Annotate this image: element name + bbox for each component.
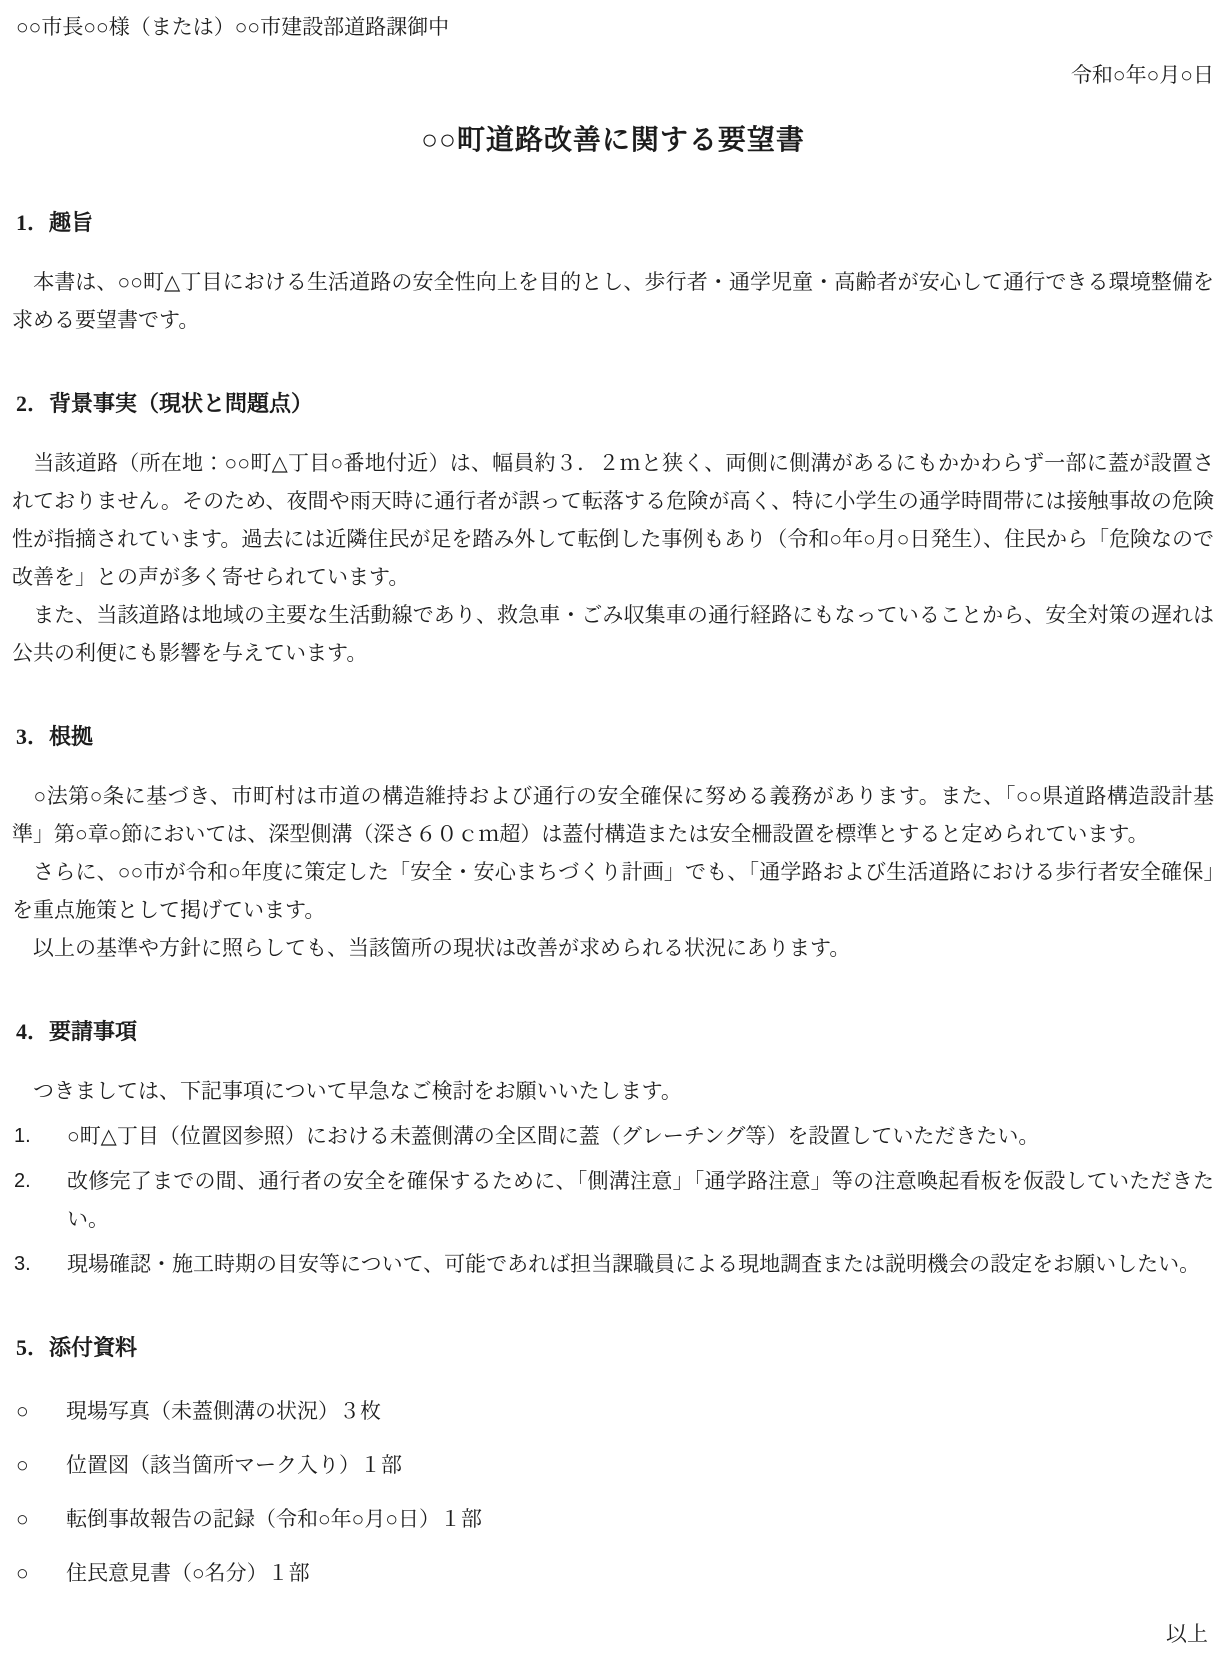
list-number: 2. [12, 1162, 67, 1200]
section-heading-konkyo: 3．根拠 [16, 720, 1214, 751]
list-item: ○ 転倒事故報告の記録（令和○年○月○日）１部 [12, 1504, 1214, 1534]
document-title: ○○町道路改善に関する要望書 [12, 118, 1214, 158]
list-item-text: 改修完了までの間、通行者の安全を確保するために、「側溝注意」「通学路注意」等の注… [67, 1162, 1214, 1238]
list-item: ○ 現場写真（未蓋側溝の状況）３枚 [12, 1396, 1214, 1426]
attachment-text: 転倒事故報告の記録（令和○年○月○日）１部 [66, 1504, 1214, 1534]
paragraph-background-2: また、当該道路は地域の主要な生活動線であり、救急車・ごみ収集車の通行経路にもなっ… [12, 596, 1214, 672]
paragraph-request-intro: つきましては、下記事項について早急なご検討をお願いいたします。 [12, 1072, 1214, 1110]
circle-bullet: ○ [12, 1396, 66, 1426]
paragraph-purpose: 本書は、○○町△丁目における生活道路の安全性向上を目的とし、歩行者・通学児童・高… [12, 263, 1214, 339]
list-item-text: ○町△丁目（位置図参照）における未蓋側溝の全区間に蓋（グレーチング等）を設置して… [67, 1117, 1214, 1155]
date-line: 令和○年○月○日 [12, 60, 1214, 90]
list-item-text: 現場確認・施工時期の目安等について、可能であれば担当課職員による現地調査または説… [67, 1245, 1214, 1283]
section-heading-tenpu: 5．添付資料 [16, 1331, 1214, 1362]
attachments-list: ○ 現場写真（未蓋側溝の状況）３枚 ○ 位置図（該当箇所マーク入り）１部 ○ 転… [12, 1396, 1214, 1588]
document-page: ○○市長○○様（または）○○市建設部道路課御中 令和○年○月○日 ○○町道路改善… [0, 0, 1226, 1656]
circle-bullet: ○ [12, 1558, 66, 1588]
section-heading-haikei: 2．背景事実（現状と問題点） [16, 387, 1214, 418]
list-number: 3. [12, 1245, 67, 1283]
section-heading-shushi: 1．趣旨 [16, 206, 1214, 237]
paragraph-background-1: 当該道路（所在地：○○町△丁目○番地付近）は、幅員約３．２ｍと狭く、両側に側溝が… [12, 444, 1214, 596]
circle-bullet: ○ [12, 1504, 66, 1534]
circle-bullet: ○ [12, 1450, 66, 1480]
recipient-line: ○○市長○○様（または）○○市建設部道路課御中 [12, 12, 1214, 42]
list-item: ○ 住民意見書（○名分）１部 [12, 1558, 1214, 1588]
paragraph-basis-3: 以上の基準や方針に照らしても、当該箇所の現状は改善が求められる状況にあります。 [12, 929, 1214, 967]
list-item: ○ 位置図（該当箇所マーク入り）１部 [12, 1450, 1214, 1480]
list-number: 1. [12, 1117, 67, 1155]
list-item: 2. 改修完了までの間、通行者の安全を確保するために、「側溝注意」「通学路注意」… [12, 1162, 1214, 1238]
list-item: 3. 現場確認・施工時期の目安等について、可能であれば担当課職員による現地調査ま… [12, 1245, 1214, 1283]
section-heading-yousei: 4．要請事項 [16, 1015, 1214, 1046]
paragraph-basis-2: さらに、○○市が令和○年度に策定した「安全・安心まちづくり計画」でも、「通学路お… [12, 853, 1214, 929]
request-items-list: 1. ○町△丁目（位置図参照）における未蓋側溝の全区間に蓋（グレーチング等）を設… [12, 1117, 1214, 1283]
paragraph-basis-1: ○法第○条に基づき、市町村は市道の構造維持および通行の安全確保に努める義務があり… [12, 777, 1214, 853]
closing-ijou: 以上 [12, 1618, 1214, 1648]
list-item: 1. ○町△丁目（位置図参照）における未蓋側溝の全区間に蓋（グレーチング等）を設… [12, 1117, 1214, 1155]
attachment-text: 住民意見書（○名分）１部 [66, 1558, 1214, 1588]
attachment-text: 位置図（該当箇所マーク入り）１部 [66, 1450, 1214, 1480]
attachment-text: 現場写真（未蓋側溝の状況）３枚 [66, 1396, 1214, 1426]
